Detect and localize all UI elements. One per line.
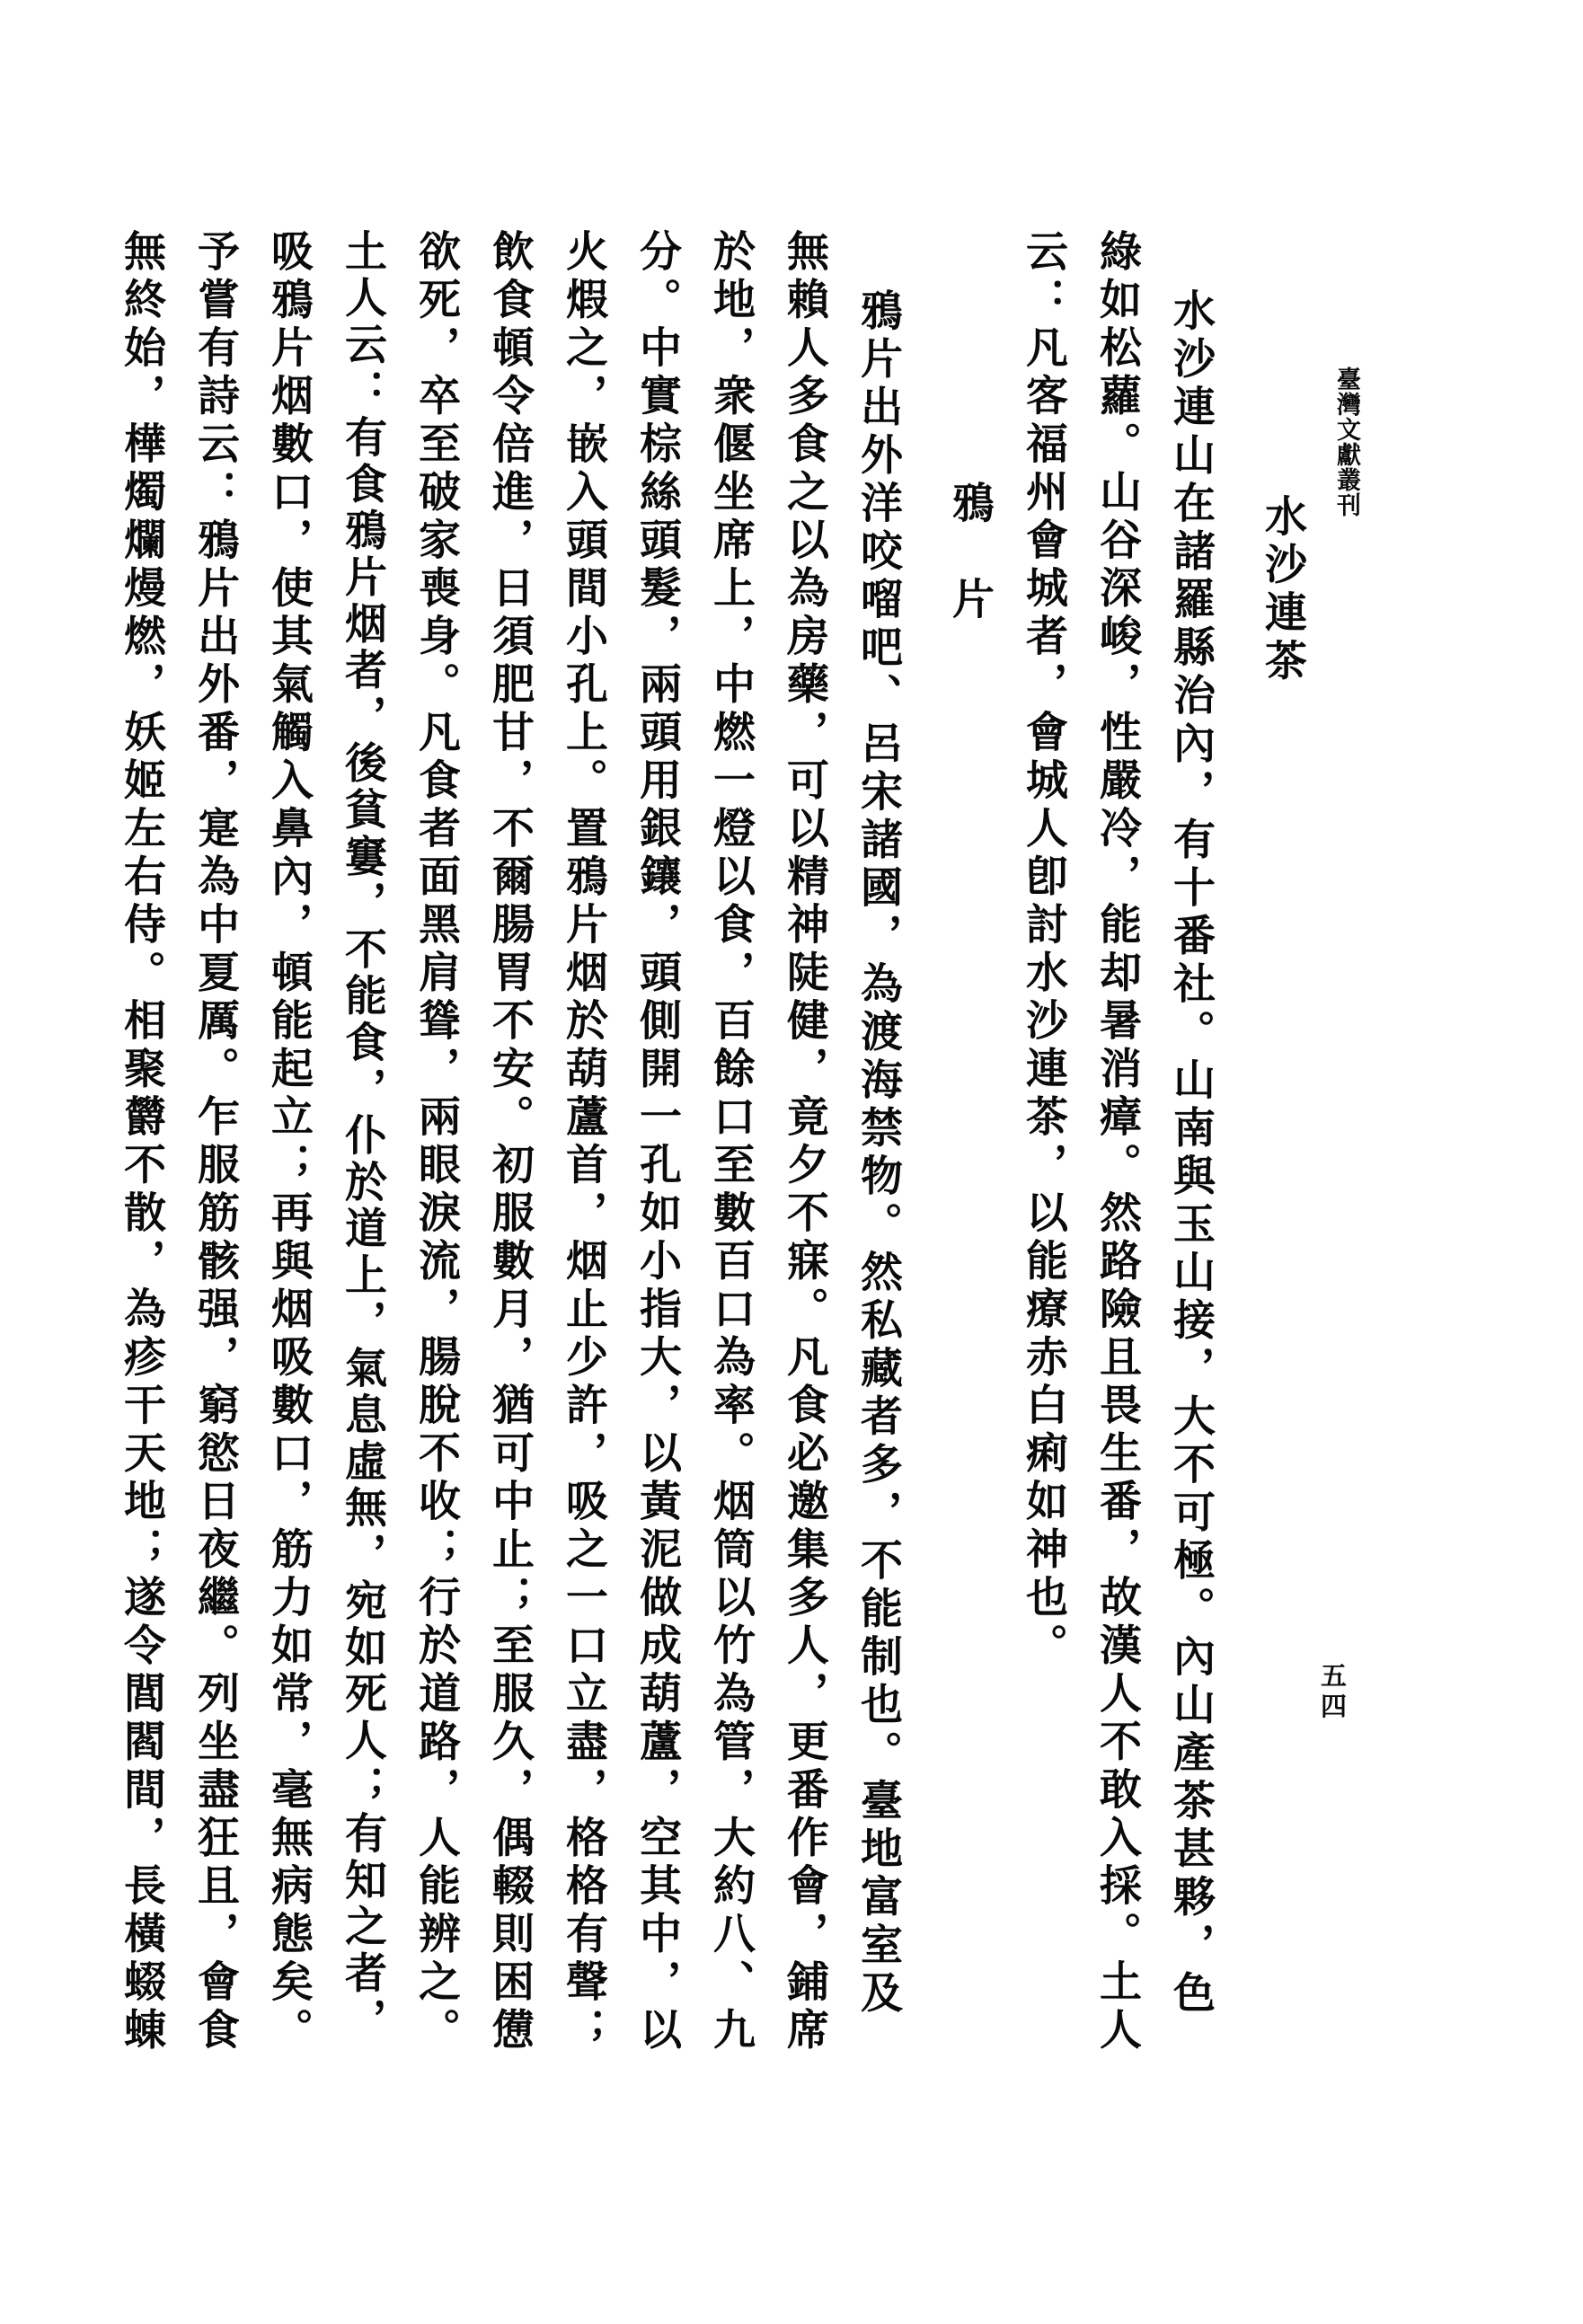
text-column: 云：凡客福州會城者，會城人卽討水沙連茶，以能療赤白痢如神也。 bbox=[1006, 229, 1080, 2062]
text-column: 飲食頓令倍進，日須肥甘，不爾腸胃不安。初服數月，猶可中止；至服久，偶輟則困憊 bbox=[473, 229, 546, 2062]
text-column: 綠如松蘿。山谷深峻，性嚴冷，能却暑消瘴。然路險且畏生番，故漢人不敢入採。土人 bbox=[1080, 229, 1154, 2062]
text-column: 鴉片出外洋咬𠺕吧、呂宋諸國，為渡海禁物。然私藏者多，不能制也。臺地富室及 bbox=[841, 229, 915, 2062]
running-title: 臺灣文獻叢刊 bbox=[1330, 367, 1365, 517]
text-column: 吸鴉片烟數口，使其氣觸入鼻內，頓能起立；再與烟吸數口，筋力如常，毫無病態矣。 bbox=[252, 229, 325, 2062]
text-column: 分。中實棕絲頭髮，兩頭用銀鑲，頭側開一孔如小指大，以黃泥做成葫蘆，空其中，以 bbox=[620, 229, 694, 2062]
text-column: 無賴人多食之以為房藥，可以精神陡健，竟夕不寐。凡食必邀集多人，更番作會，鋪席 bbox=[767, 229, 841, 2062]
text-column: 於地，衆偃坐席上，中燃一燈以食，百餘口至數百口為率。烟筒以竹為管，大約八、九 bbox=[694, 229, 767, 2062]
text-column: 予嘗有詩云：鴉片出外番，寔為中夏厲。乍服筋骸强，窮慾日夜繼。列坐盡狂且，會食 bbox=[178, 229, 252, 2062]
scanned-book-page: 臺灣文獻叢刊 五四 水沙連茶 水沙連山在諸羅縣治內，有十番社。山南與玉山接，大不… bbox=[0, 0, 1583, 2324]
text-column: 欲死，卒至破家喪身。凡食者面黑肩聳，兩眼淚流，腸脫不收；行於道路，人能辨之。 bbox=[399, 229, 473, 2062]
page-number: 五四 bbox=[1313, 1662, 1350, 1723]
section-heading-opium: 鴉 片 bbox=[933, 229, 1006, 2062]
text-column: 土人云：有食鴉片烟者，後貧窶，不能食，仆於道上，氣息虛無，宛如死人；有知之者， bbox=[325, 229, 399, 2062]
section-heading-shuishalian-tea: 水沙連茶 bbox=[1245, 229, 1319, 2062]
text-block: 水沙連茶 水沙連山在諸羅縣治內，有十番社。山南與玉山接，大不可極。內山產茶甚夥，… bbox=[104, 229, 1319, 2062]
text-column: 無終始，樺燭爛熳燃，妖姬左右侍。相聚欝不散，為疹干天地；遂令閭閻間，長橫蝃蝀 bbox=[104, 229, 178, 2062]
text-column: 火煆之，嵌入頭間小孔上。置鴉片烟於葫蘆首，烟止少許，吸之一口立盡，格格有聲； bbox=[546, 229, 620, 2062]
text-column: 水沙連山在諸羅縣治內，有十番社。山南與玉山接，大不可極。內山產茶甚夥，色 bbox=[1154, 229, 1227, 2062]
